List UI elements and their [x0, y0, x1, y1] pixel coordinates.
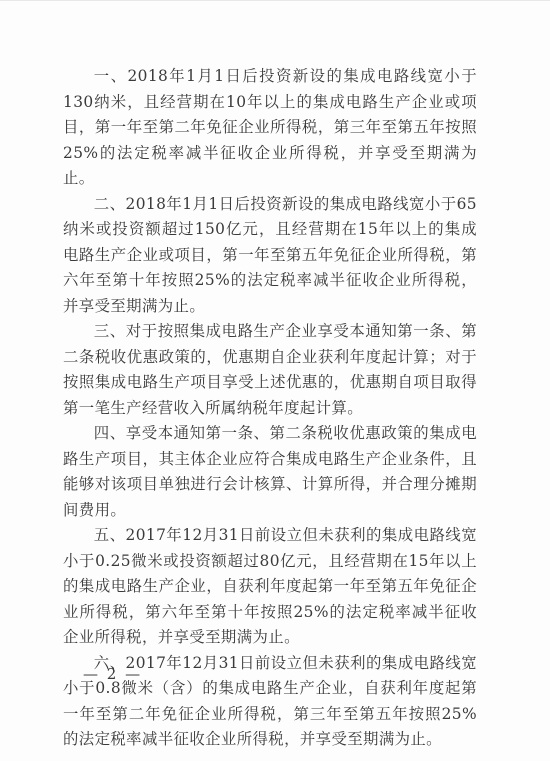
paragraph-1: 一、2018年1月1日后投资新设的集成电路线宽小于130纳米，且经营期在10年以… [63, 64, 477, 192]
document-body: 一、2018年1月1日后投资新设的集成电路线宽小于130纳米，且经营期在10年以… [63, 64, 477, 753]
document-page: 一、2018年1月1日后投资新设的集成电路线宽小于130纳米，且经营期在10年以… [0, 0, 550, 761]
paragraph-4: 四、享受本通知第一条、第二条税收优惠政策的集成电路生产项目，其主体企业应符合集成… [63, 421, 477, 523]
paragraph-3: 三、对于按照集成电路生产企业享受本通知第一条、第二条税收优惠政策的，优惠期自企业… [63, 319, 477, 421]
page-number: — 2 — [83, 665, 142, 683]
paragraph-2: 二、2018年1月1日后投资新设的集成电路线宽小于65纳米或投资额超过150亿元… [63, 192, 477, 320]
paragraph-5: 五、2017年12月31日前设立但未获利的集成电路线宽小于0.25微米或投资额超… [63, 523, 477, 651]
